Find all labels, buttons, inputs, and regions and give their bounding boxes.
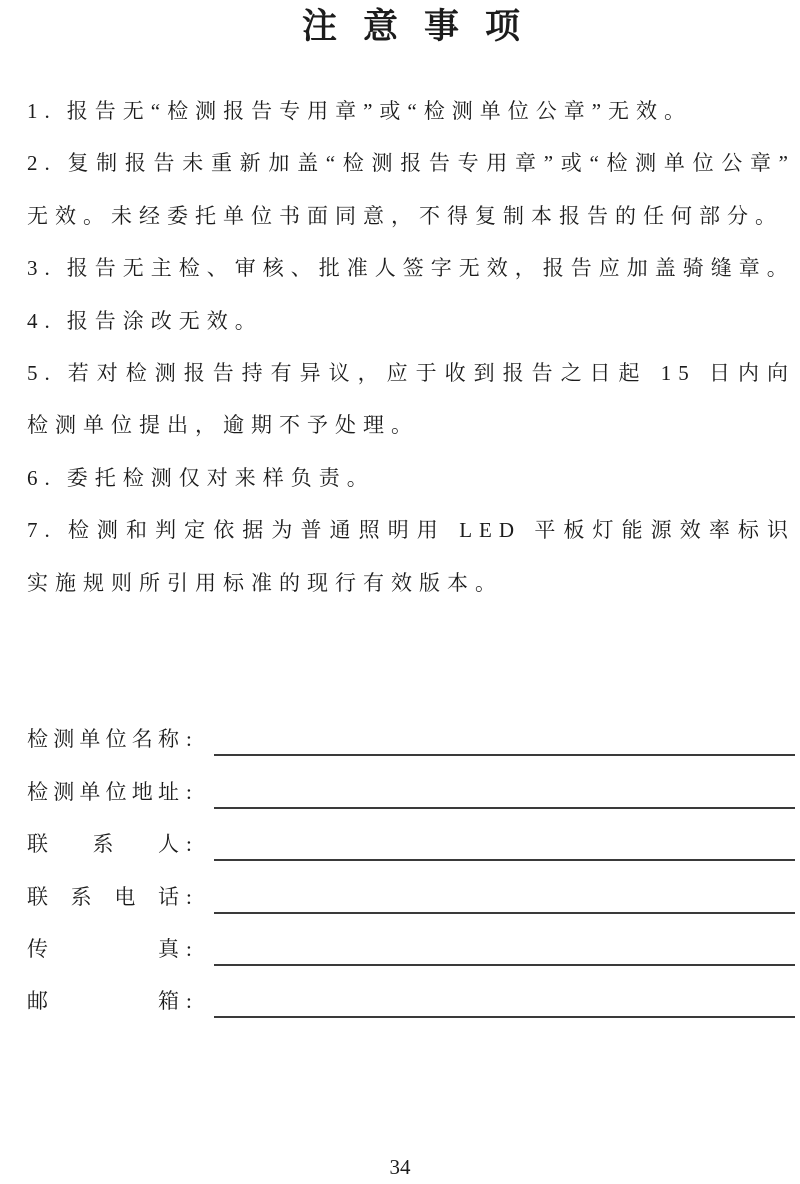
form-label-colon: : — [186, 782, 192, 803]
form-label: 检测单位名称 — [27, 729, 179, 750]
note-item: 3.报告无主检、审核、批准人签字无效，报告应加盖骑缝章。 — [27, 242, 795, 294]
note-item: 7.检测和判定依据为普通照明用 LED 平板灯能源效率标识实施规则所引用标准的现… — [27, 504, 795, 609]
form-label: 检测单位地址 — [27, 782, 179, 803]
form-label-wrap: 联系电话 : — [27, 887, 192, 914]
note-text: 复制报告未重新加盖“检测报告专用章”或“检测单位公章”无效。未经委托单位书面同意… — [27, 151, 795, 227]
form-label-colon: : — [186, 887, 192, 908]
form-row: 联系电话 : — [27, 861, 795, 913]
form-label-wrap: 邮箱 : — [27, 991, 192, 1018]
form-label: 联系人 — [27, 834, 179, 855]
form-row: 传真 : — [27, 914, 795, 966]
form-blank-underline — [214, 964, 795, 966]
note-number: 1. — [27, 99, 57, 123]
note-item: 2.复制报告未重新加盖“检测报告专用章”或“检测单位公章”无效。未经委托单位书面… — [27, 137, 795, 242]
note-text: 报告涂改无效。 — [67, 309, 263, 333]
form-label-wrap: 传真 : — [27, 939, 192, 966]
page-content: 注意事项 1.报告无“检测报告专用章”或“检测单位公章”无效。 2.复制报告未重… — [0, 2, 800, 1018]
page-number: 34 — [0, 1154, 800, 1180]
note-number: 4. — [27, 309, 57, 333]
note-item: 6.委托检测仅对来样负责。 — [27, 452, 795, 504]
form-row: 检测单位地址 : — [27, 756, 795, 808]
form-blank-underline — [214, 754, 795, 756]
note-number: 3. — [27, 256, 57, 280]
form-row: 联系人 : — [27, 809, 795, 861]
notes-list: 1.报告无“检测报告专用章”或“检测单位公章”无效。 2.复制报告未重新加盖“检… — [27, 85, 795, 609]
form-blank-underline — [214, 859, 795, 861]
note-number: 2. — [27, 151, 57, 175]
contact-form-section: 检测单位名称 : 检测单位地址 : 联系人 : 联系电话 : 传真 : — [27, 704, 795, 1018]
form-label-colon: : — [186, 729, 192, 750]
note-text: 若对检测报告持有异议，应于收到报告之日起 15 日内向检测单位提出，逾期不予处理… — [27, 361, 795, 437]
note-item: 5.若对检测报告持有异议，应于收到报告之日起 15 日内向检测单位提出，逾期不予… — [27, 347, 795, 452]
form-blank-underline — [214, 912, 795, 914]
form-row: 邮箱 : — [27, 966, 795, 1018]
note-item: 1.报告无“检测报告专用章”或“检测单位公章”无效。 — [27, 85, 795, 137]
note-text: 检测和判定依据为普通照明用 LED 平板灯能源效率标识实施规则所引用标准的现行有… — [27, 518, 795, 594]
page-title: 注意事项 — [27, 2, 795, 52]
document-page: 注意事项 1.报告无“检测报告专用章”或“检测单位公章”无效。 2.复制报告未重… — [0, 0, 800, 1184]
note-text: 报告无主检、审核、批准人签字无效，报告应加盖骑缝章。 — [67, 256, 795, 280]
form-label-wrap: 检测单位地址 : — [27, 782, 192, 809]
form-label-colon: : — [186, 991, 192, 1012]
note-text: 委托检测仅对来样负责。 — [67, 466, 375, 490]
note-number: 6. — [27, 466, 57, 490]
form-label: 联系电话 — [27, 887, 179, 908]
note-text: 报告无“检测报告专用章”或“检测单位公章”无效。 — [67, 99, 692, 123]
note-item: 4.报告涂改无效。 — [27, 295, 795, 347]
form-blank-underline — [214, 807, 795, 809]
form-blank-underline — [214, 1016, 795, 1018]
form-label-colon: : — [186, 939, 192, 960]
form-row: 检测单位名称 : — [27, 704, 795, 756]
form-label-wrap: 联系人 : — [27, 834, 192, 861]
form-label-colon: : — [186, 834, 192, 855]
note-number: 5. — [27, 361, 57, 385]
note-number: 7. — [27, 518, 57, 542]
form-label-wrap: 检测单位名称 : — [27, 729, 192, 756]
form-label: 传真 — [27, 939, 179, 960]
form-label: 邮箱 — [27, 991, 179, 1012]
